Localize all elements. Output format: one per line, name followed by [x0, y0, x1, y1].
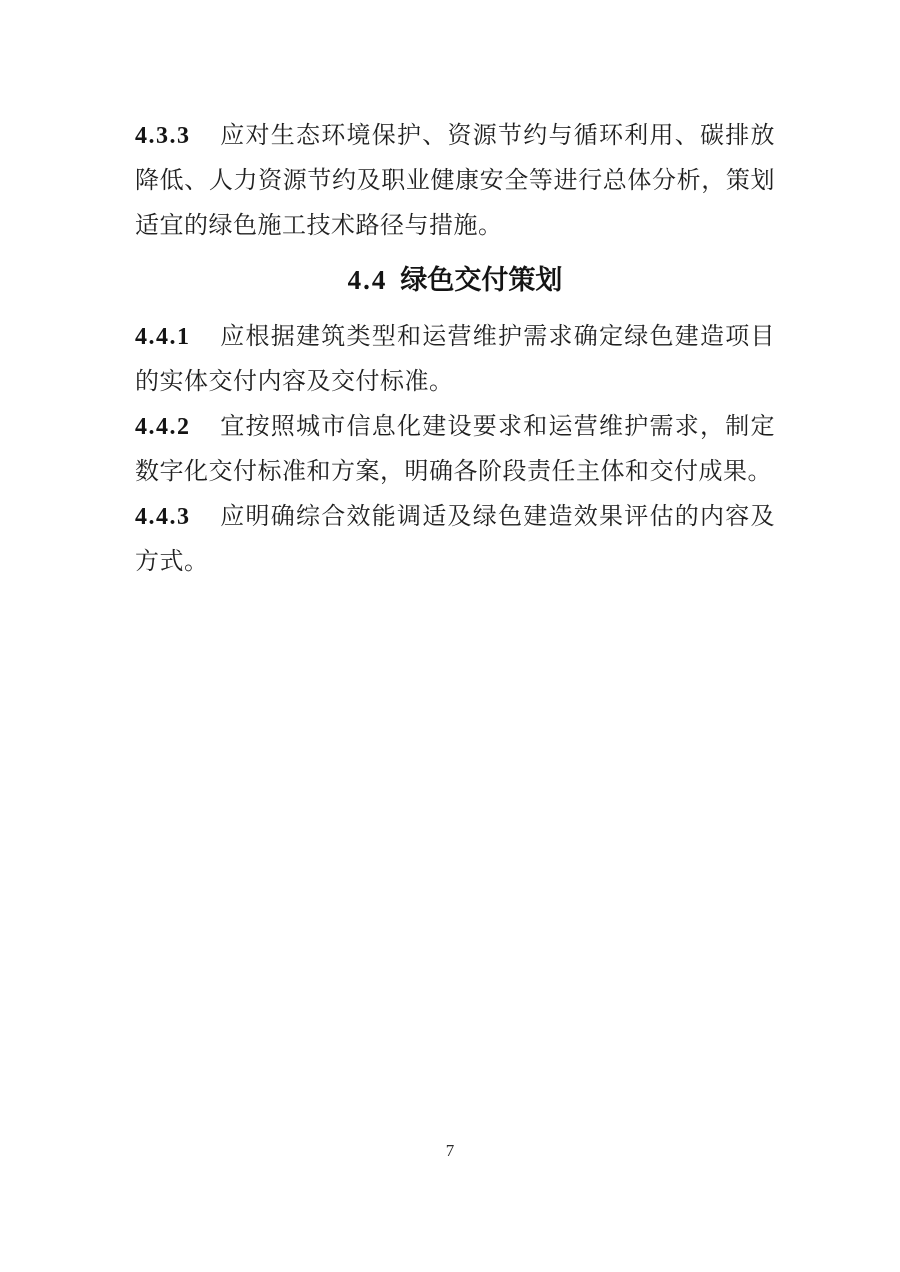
clause-number: 4.4.3	[135, 504, 191, 530]
clause-4-4-3: 4.4.3应明确综合效能调适及绿色建造效果评估的内容及方式。	[135, 495, 775, 585]
section-heading-title: 绿色交付策划	[400, 265, 562, 295]
clause-number: 4.4.1	[135, 324, 191, 350]
clause-text: 应对生态环境保护、资源节约与循环利用、碳排放降低、人力资源节约及职业健康安全等进…	[135, 123, 775, 239]
page-number: 7	[446, 1141, 455, 1160]
clause-4-4-2: 4.4.2宜按照城市信息化建设要求和运营维护需求，制定数字化交付标准和方案，明确…	[135, 405, 775, 495]
clause-number: 4.3.3	[135, 123, 191, 149]
clause-4-3-3: 4.3.3应对生态环境保护、资源节约与循环利用、碳排放降低、人力资源节约及职业健…	[135, 114, 775, 249]
clause-text: 宜按照城市信息化建设要求和运营维护需求，制定数字化交付标准和方案，明确各阶段责任…	[135, 414, 775, 485]
clause-text: 应明确综合效能调适及绿色建造效果评估的内容及方式。	[135, 504, 775, 575]
document-body: 4.3.3应对生态环境保护、资源节约与循环利用、碳排放降低、人力资源节约及职业健…	[135, 114, 775, 585]
clause-number: 4.4.2	[135, 414, 191, 440]
page-footer: 7	[0, 1141, 900, 1161]
section-heading-number: 4.4	[348, 265, 388, 295]
document-page: 4.3.3应对生态环境保护、资源节约与循环利用、碳排放降低、人力资源节约及职业健…	[0, 0, 900, 1272]
clause-4-4-1: 4.4.1应根据建筑类型和运营维护需求确定绿色建造项目的实体交付内容及交付标准。	[135, 315, 775, 405]
clause-text: 应根据建筑类型和运营维护需求确定绿色建造项目的实体交付内容及交付标准。	[135, 324, 775, 395]
section-heading-4-4: 4.4绿色交付策划	[135, 258, 775, 303]
